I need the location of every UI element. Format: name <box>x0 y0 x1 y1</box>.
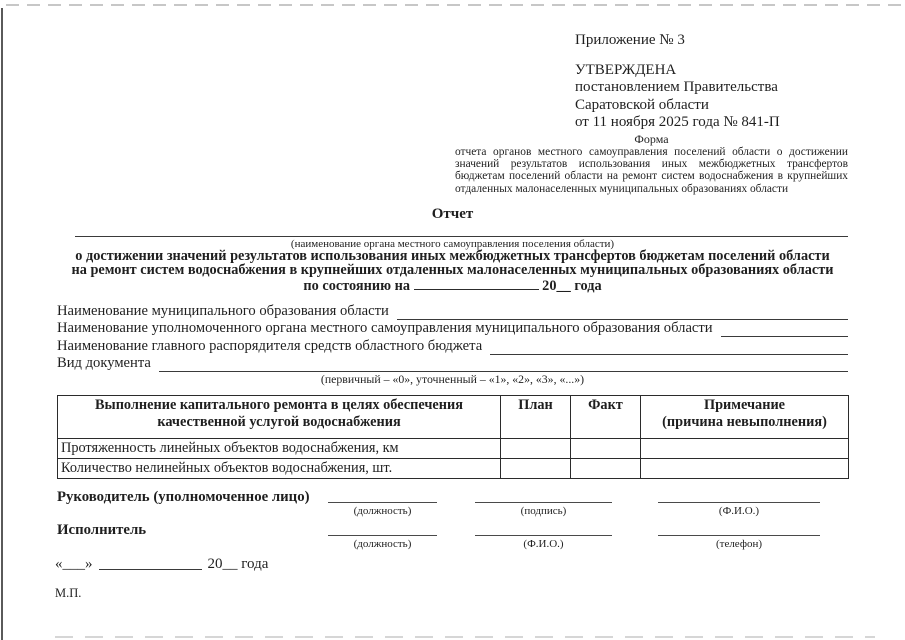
executor-name-fill-line <box>475 535 612 536</box>
head-position-caption: (должность) <box>328 505 437 517</box>
fill-in-fields: Наименование муниципального образования … <box>57 303 848 372</box>
field-authorized-body-fill-line <box>721 334 848 337</box>
col-header-work: Выполнение капитального ремонта в целях … <box>58 396 501 439</box>
approved-label: УТВЕРЖДЕНА <box>575 62 860 80</box>
executor-label: Исполнитель <box>57 522 146 539</box>
executor-name-caption: (Ф.И.О.) <box>475 538 612 550</box>
row-nonlinear-objects-plan <box>501 459 571 479</box>
col-header-note: Примечание (причина невыполнения) <box>641 396 849 439</box>
date-month-fill-line <box>99 567 202 570</box>
date-day-blank: «___» <box>55 556 93 573</box>
row-linear-objects-note <box>641 439 849 459</box>
field-document-type: Вид документа <box>57 355 848 372</box>
approval-header: Приложение № 3 УТВЕРЖДЕНА постановлением… <box>575 32 860 132</box>
results-table: Выполнение капитального ремонта в целях … <box>57 395 849 479</box>
head-name-caption: (Ф.И.О.) <box>658 505 820 517</box>
as-of-prefix: по состоянию на <box>303 278 410 294</box>
field-authorized-body-label: Наименование уполномоченного органа мест… <box>57 320 713 337</box>
field-authorized-body: Наименование уполномоченного органа мест… <box>57 320 848 337</box>
field-budget-administrator-fill-line <box>490 352 848 355</box>
report-as-of-line: по состоянию на 20__ года <box>57 277 848 294</box>
field-budget-administrator-label: Наименование главного распорядителя сред… <box>57 338 482 355</box>
signature-row-head: Руководитель (уполномоченное лицо) (долж… <box>57 489 848 522</box>
head-signature-fill-line <box>475 502 612 503</box>
col-header-plan: План <box>501 396 571 439</box>
row-linear-objects-label: Протяженность линейных объектов водоснаб… <box>58 439 501 459</box>
head-position-fill-line <box>328 502 437 503</box>
col-header-note-line2: (причина невыполнения) <box>645 414 844 431</box>
as-of-suffix: 20__ года <box>542 278 601 294</box>
field-municipality: Наименование муниципального образования … <box>57 303 848 320</box>
executor-position-caption: (должность) <box>328 538 437 550</box>
head-signature-caption: (подпись) <box>475 505 612 517</box>
scan-artifact-left <box>1 8 3 640</box>
approved-date-line: от 11 ноября 2025 года № 841-П <box>575 114 860 132</box>
col-header-note-line1: Примечание <box>645 397 844 414</box>
document-type-hint: (первичный – «0», уточненный – «1», «2»,… <box>57 372 848 387</box>
form-note-body: отчета органов местного самоуправления п… <box>455 146 848 195</box>
row-nonlinear-objects-fact <box>571 459 641 479</box>
table-row: Количество нелинейных объектов водоснабж… <box>58 459 849 479</box>
signature-row-executor: Исполнитель (должность) (Ф.И.О.) (телефо… <box>57 522 848 555</box>
executor-phone-caption: (телефон) <box>658 538 820 550</box>
row-linear-objects-fact <box>571 439 641 459</box>
approved-region-line: Саратовской области <box>575 97 860 115</box>
appendix-label: Приложение № 3 <box>575 32 860 50</box>
org-name-fill-line <box>75 222 848 237</box>
report-subtitle: о достижении значений результатов исполь… <box>57 250 848 294</box>
form-note: Форма отчета органов местного самоуправл… <box>455 133 848 195</box>
form-note-title: Форма <box>455 133 848 146</box>
executor-position-fill-line <box>328 535 437 536</box>
scan-artifact-bottom <box>55 636 875 638</box>
col-header-fact: Факт <box>571 396 641 439</box>
approved-by-line: постановлением Правительства <box>575 79 860 97</box>
as-of-date-fill-line <box>414 277 539 290</box>
scan-artifact-top <box>6 4 901 6</box>
field-document-type-label: Вид документа <box>57 355 151 372</box>
date-year: 20__ года <box>208 556 269 573</box>
row-nonlinear-objects-label: Количество нелинейных объектов водоснабж… <box>58 459 501 479</box>
row-nonlinear-objects-note <box>641 459 849 479</box>
head-signature-label: Руководитель (уполномоченное лицо) <box>57 489 310 506</box>
date-line: «___» 20__ года <box>55 556 268 573</box>
report-subtitle-line2: на ремонт систем водоснабжения в крупней… <box>57 264 848 278</box>
row-linear-objects-plan <box>501 439 571 459</box>
stamp-place-label: М.П. <box>55 586 81 601</box>
report-title: Отчет <box>57 206 848 223</box>
field-municipality-label: Наименование муниципального образования … <box>57 303 389 320</box>
executor-phone-fill-line <box>658 535 820 536</box>
table-header-row: Выполнение капитального ремонта в целях … <box>58 396 849 439</box>
document-page: Приложение № 3 УТВЕРЖДЕНА постановлением… <box>0 0 905 640</box>
signature-block: Руководитель (уполномоченное лицо) (долж… <box>57 489 848 555</box>
head-name-fill-line <box>658 502 820 503</box>
table-row: Протяженность линейных объектов водоснаб… <box>58 439 849 459</box>
field-budget-administrator: Наименование главного распорядителя сред… <box>57 337 848 354</box>
